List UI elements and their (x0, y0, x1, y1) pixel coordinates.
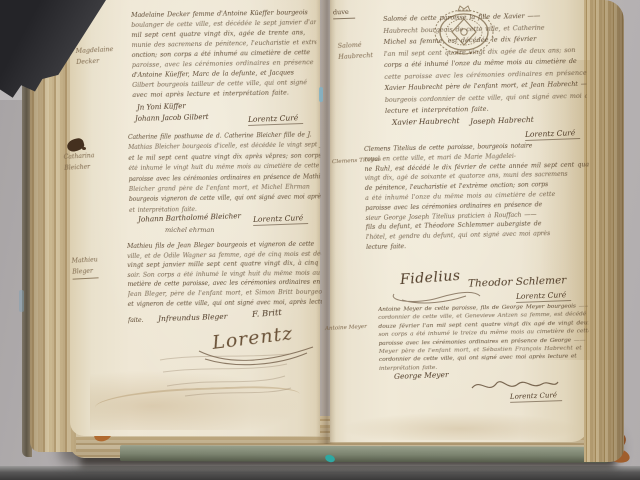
signature-flourish (388, 288, 483, 306)
scanned-register-photo: 3 Magdelaine Decker Madelaine Decker fem… (0, 0, 640, 480)
signature: George Meyer (394, 370, 449, 381)
margin-note-haubrecht: Salomé Haubrecht (337, 39, 373, 63)
entry-bleicher-text: Catherine fille posthume de d. Catherine… (128, 130, 321, 218)
margin-note-line: Mathieu (71, 254, 98, 266)
signature: Xavier Haubrecht (392, 116, 460, 127)
margin-note-meyer: Antoine Meyer (325, 322, 367, 335)
margin-note-bleicher: Catharina Bleicher (63, 150, 95, 174)
entry-meyer-text: Antoine Meyer de cette paroisse, fils de… (378, 302, 589, 375)
signature: Lorentz Curé (248, 114, 303, 125)
ink-speck (82, 147, 86, 150)
margin-note-line: Bleger (72, 265, 99, 279)
signature: Lorentz Curé (516, 291, 571, 302)
blue-tab (319, 87, 323, 102)
entry-haubrecht-text: Salomé de cette paroisse la fille de Xav… (383, 10, 587, 119)
signature: Lorentz Curé (525, 129, 580, 140)
margin-note-bleger: Mathieu Bleger (71, 254, 98, 279)
open-register-book: Magdelaine Decker Madelaine Decker femme… (20, 0, 626, 470)
margin-note-line: Haubrecht (338, 50, 373, 63)
margin-note-line: Bleicher (64, 161, 95, 174)
signature: Lorentz Curé (253, 214, 308, 225)
signature: michel ehrman (165, 226, 214, 234)
folio-note: duve (333, 8, 355, 20)
margin-note-decker: Magdelaine Decker (75, 44, 114, 68)
margin-note-line: Decker (76, 55, 114, 68)
faint-pen-scribbles (155, 352, 300, 400)
paper-stain (340, 412, 580, 440)
entry-bleger-text: Mathieu fils de Jean Bleger bourgeois et… (127, 240, 322, 311)
signature: Lorentz Curé (510, 392, 562, 402)
margin-note-line: Antoine Meyer (325, 322, 367, 335)
signature: F. Britt (252, 308, 282, 320)
entry-titelius-text: Clemens Titelius de cette paroisse, bour… (364, 140, 590, 255)
blue-slip (19, 290, 24, 312)
entry-decker-text: Madelaine Decker femme d'Antoine Küeffer… (131, 7, 317, 102)
book-gutter (316, 0, 336, 444)
cover-bottom-edge (120, 445, 608, 463)
signature: Jn Yoni Küffer (137, 102, 186, 112)
fore-edge-page-stack (584, 0, 624, 462)
margin-note-line: Catharina (63, 150, 94, 163)
